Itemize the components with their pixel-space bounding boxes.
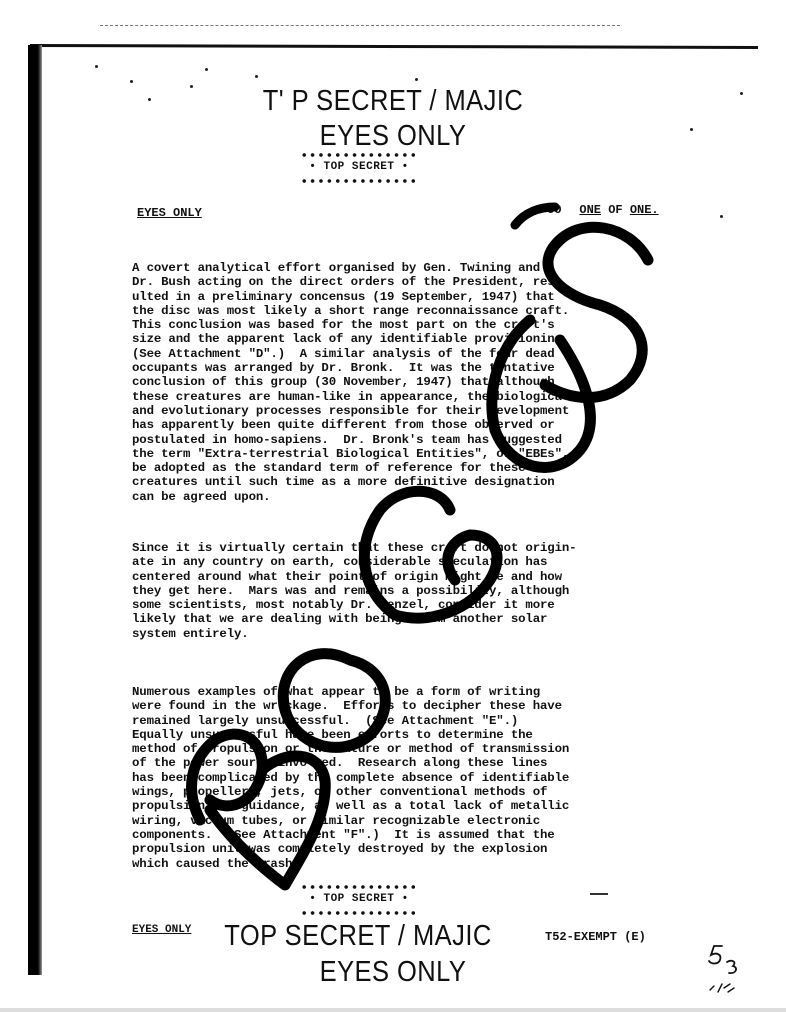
- dot-border: [300, 910, 418, 916]
- header-eyes-only: EYES ONLY: [47, 120, 739, 153]
- copy-one: ONE: [579, 203, 601, 217]
- footer-eyes-only: EYES ONLY: [47, 956, 739, 989]
- dot-border: [300, 152, 418, 158]
- scan-speck: [720, 215, 723, 218]
- footer-small-top-secret: • TOP SECRET •: [300, 893, 418, 905]
- handwritten-page-number: [700, 940, 760, 1000]
- eyes-only-label: EYES ONLY: [137, 206, 202, 220]
- copy-number: COONE OF ONE.: [547, 203, 659, 217]
- page-left-edge-shadow: [28, 45, 42, 975]
- document-page: T' P SECRET / MAJIC EYES ONLY • TOP SECR…: [0, 0, 786, 1012]
- copy-total: ONE.: [630, 203, 659, 217]
- scan-edge-line: [100, 25, 620, 27]
- paragraph-analysis: A covert analytical effort organised by …: [132, 261, 692, 504]
- scan-speck: [130, 80, 133, 83]
- page-top-edge: [30, 44, 758, 49]
- dot-border: [300, 884, 418, 890]
- scan-speck: [740, 92, 743, 95]
- paragraph-writing-propulsion: Numerous examples of what appear to be a…: [132, 685, 692, 871]
- exempt-code: T52-EXEMPT (E): [545, 930, 646, 944]
- scan-speck: [415, 78, 418, 81]
- scan-speck: [95, 65, 98, 68]
- header-small-top-secret: • TOP SECRET •: [300, 161, 418, 173]
- scan-speck: [255, 75, 258, 78]
- header-classification: T' P SECRET / MAJIC: [47, 85, 739, 118]
- dash-mark: [590, 893, 608, 895]
- copy-of: OF: [601, 203, 630, 217]
- copy-prefix: CO: [547, 203, 561, 217]
- scan-speck: [205, 68, 208, 71]
- paragraph-origin: Since it is virtually certain that these…: [132, 541, 692, 641]
- dot-border: [300, 178, 418, 184]
- scan-bottom-edge: [0, 1008, 786, 1012]
